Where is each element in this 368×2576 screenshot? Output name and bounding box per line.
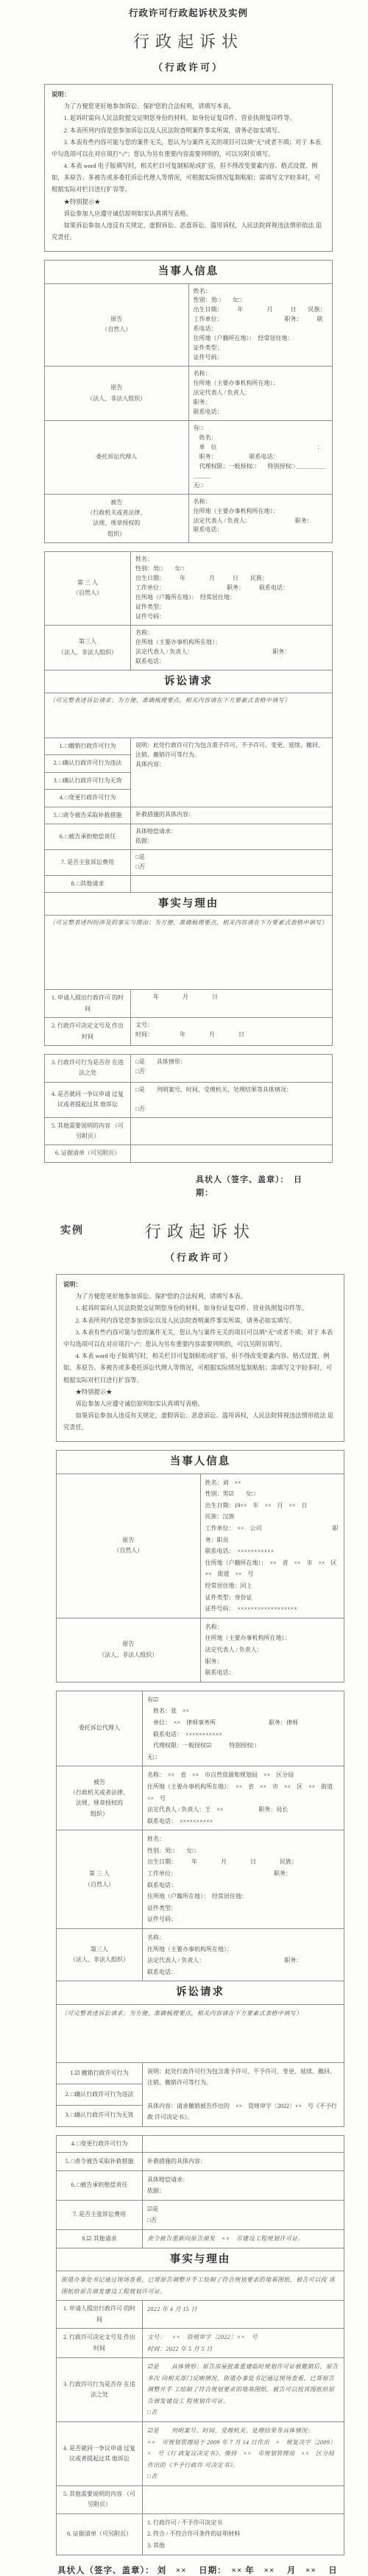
row-label-agent: 委托诉讼代理人 — [57, 1691, 143, 1766]
instructions-box: 说明： 为了方便您更好地参加诉讼、保护您的合法权利，请填写本表。 1. 起诉时需… — [56, 1274, 344, 1442]
claim-item-7: 7. 是否主张诉讼费用 — [57, 2200, 143, 2229]
instruction-line: 为了方便您更好地参加诉讼、保护您的合法权利，请填写本表。 — [52, 101, 325, 113]
table-row: 委托诉讼代理人 有☑ 姓名：张 ×× 单位： ×× 律师事务所 职务：律师 联系… — [57, 1691, 344, 1766]
instruction-line: 2. 本表所列内容是您参加诉讼以及人民法院查明案件事实所需，请务必如实填写。 — [52, 125, 325, 137]
instruction-line: 诉讼参加人应遵守诚信原则如实认真填写表格。 — [52, 208, 325, 220]
fact-detail-6: 1. 行政许可 / 不予许可决定书 2. 符合 / 不符合许可条件的证明材料 3… — [143, 2513, 344, 2555]
claim-item-5: 5. □责令被告采取补救措施 — [57, 2153, 143, 2171]
instruction-line: 4. 本表 word 电子版填写时，相关栏目可复制粘贴或扩容，但不得改变要素内容… — [63, 1351, 337, 1387]
fact-detail-5 — [143, 2486, 344, 2514]
instruction-line: 1. 起诉时需向人民法院提交证明您身份的材料，如身份证复印件、营业执照复印件等。 — [52, 113, 325, 124]
table-row: 第 三 人 （自然人） 姓名： 性别：男□ 女□ 出生日期： 年 月 日 民族：… — [45, 552, 333, 626]
fact-detail-5 — [131, 1117, 333, 1145]
instructions-box: 说明： 为了方便您更好地参加诉讼、保护您的合法权利，请填写本表。 1. 起诉时需… — [44, 84, 333, 252]
table-row: 6. □被告承担赔偿责任 具体赔偿请求： 依据： — [57, 2170, 344, 2200]
special-notice-heading: ★特别提示★ — [52, 197, 325, 208]
table-row: 原告 （自然人） 姓名：刘 ×× 性别：男☑ 女□ 出生日期：19×× 年 ××… — [57, 1473, 344, 1618]
doc1-title-row: 行政起诉状 — [44, 29, 333, 52]
claim-item-6: 6. □被告承担赔偿责任 — [45, 824, 131, 849]
fact-label-1: 1. 申请人提出行政许可 的时间 — [45, 990, 131, 1018]
claim-item-8: 8. □其他请求 — [45, 875, 131, 892]
row-label-defendant: 被告 （行政机关或者法律、 法规、规章授权的 组织） — [57, 1766, 143, 1830]
table-row: 2. 行政许可决定文号及 作出时间 文号： ×× 资规审字〔2022〕×× 号 … — [57, 2328, 344, 2357]
claim-detail-4 — [143, 2135, 344, 2152]
claims-header: 诉讼请求 — [45, 670, 333, 693]
fact-detail-1: 年 月 日 — [131, 990, 333, 1018]
claim-item-4: 4. □变更行政许可行为 — [45, 790, 131, 807]
instruction-line: 2. 本表所列内容是您参加诉讼以及人民法院查明案件事实所需，请务必如实填写。 — [63, 1315, 337, 1327]
party-table-part1: 当事人信息 原告 （自然人） 姓名：刘 ×× 性别：男☑ 女□ 出生日期：19×… — [56, 1450, 344, 1682]
facts-table-part2: 3. 行政许可行为是否存 在违法之处 □是 具体情形： □否 4. 是否就同一争… — [44, 1054, 333, 1163]
fact-label-5: 5. 其他需要说明的内容 （可另附页） — [45, 1117, 131, 1145]
fact-label-3: 3. 行政许可行为是否存 在违法之处 — [45, 1054, 131, 1082]
table-row: 4. □变更行政许可行为 — [57, 2135, 344, 2152]
table-row: 被告 （行政机关或者法律、 法规、规章授权的 组织） 名称： 住所地（主要办事机… — [45, 494, 333, 543]
table-row: 4. 是否就同一争议申请 过复议或者提起过其 他诉讼 ☑是 列明案号、时间、受理… — [57, 2422, 344, 2486]
instruction-line: 4. 本表 word 电子版填写时，相关栏目可复制粘贴或扩容，但不得改变要素内容… — [52, 160, 325, 197]
doc2-subtitle: （行政许可） — [56, 1250, 344, 1264]
fact-label-6: 6. 证据清单（可另附页） — [45, 1145, 131, 1162]
row-content-plaintiff-org: 名称： 住所地（主要办事机构所在地）： 法定代表人 / 负责人： 职务： 联系电… — [188, 367, 333, 421]
fact-detail-3: □是 具体情形： □否 — [131, 1054, 333, 1082]
claims-header: 诉讼请求 — [57, 1981, 344, 2004]
row-label-plaintiff-org: 原告 （法人、非法人组织） — [57, 1618, 201, 1682]
row-content-agent: 有☑ 姓名：张 ×× 单位： ×× 律师事务所 职务：律师 联系电话： ××××… — [143, 1691, 344, 1766]
instruction-line: 为了方便您更好地参加诉讼、保护您的合法权利，请填写本表。 — [63, 1291, 337, 1303]
claim-item-1: 1. □撤销行政许可行为 — [45, 737, 131, 754]
party-info-header: 当事人信息 — [57, 1451, 344, 1473]
fact-label-6: 6. 证据清单（可另附页） — [57, 2513, 143, 2555]
claims-table-part2: 4. □变更行政许可行为 5. □责令被告采取补救措施 补救措施的具体内容： 6… — [56, 2135, 344, 2555]
table-row: 1. 申请人提出行政许可 的时间 2022 年 4 月 15 日 — [57, 2301, 344, 2329]
party-info-header: 当事人信息 — [45, 261, 333, 283]
table-row: 6. □被告承担赔偿责任 具体赔偿请求： 依据： — [45, 824, 333, 849]
row-content-plaintiff-org: 名称： 住所地（主要办事机构所在地）： 法定代表人 / 负责人： 职务： 联系电… — [200, 1618, 344, 1682]
table-row: 2. 行政许可决定文号及 作出时间 文号： 时间： 年 月 日 — [45, 1018, 333, 1046]
table-row: 原告 （自然人） 姓名： 性别：男□ 女□ 出生日期： 年 月 日 民族： 工作… — [45, 283, 333, 367]
facts-header: 事实与理由 — [45, 893, 333, 916]
row-label-plaintiff-person: 原告 （自然人） — [57, 1473, 201, 1618]
instruction-line: 1. 起诉时需向人民法院提交证明您身份的材料，如身份证复印件、营业执照复印件等。 — [63, 1303, 337, 1314]
template-document: 行政许可行政起诉状及实例 行政起诉状 （行政许可） 说明： 为了方便您更好地参加… — [44, 6, 333, 1200]
instructions-heading: 说明： — [52, 89, 325, 101]
claim-detail-5: 补救措施的具体内容： — [131, 807, 333, 824]
table-row: 8.☑ 其他请求 责令被告重新向原告颁发 ×× 市建设工程规划许可证。 — [57, 2230, 344, 2248]
claim-item-6: 6. □被告承担赔偿责任 — [57, 2170, 143, 2200]
signature-line: 具状人（签字、盖章）： 日期： — [196, 1173, 314, 1200]
table-row: 4. 是否就同一争议申请 过复议或者提起过其 他诉讼 □是 列明案号、时间、受理… — [45, 1082, 333, 1117]
claim-detail-8 — [131, 875, 333, 892]
fact-label-2: 2. 行政许可决定文号及 作出时间 — [57, 2328, 143, 2357]
fact-label-3: 3. 行政许可行为是否存 在违法之处 — [57, 2358, 143, 2422]
row-content-thirdparty-person: 姓名： 性别：男□ 女□ 出生日期： 年 月 日 民族： 工作单位： 职务： 联… — [131, 552, 333, 626]
doc1-subtitle: （行政许可） — [44, 60, 333, 74]
claim-item-7: 7. 是否主张诉讼费用 — [45, 849, 131, 875]
facts-paragraph: 街道办事处书记通过现场查看，已帮原告调整并手工绘制了符合规划要求的地基图纸，被告… — [57, 2271, 344, 2300]
table-row: 6. 证据清单（可另附页） — [45, 1145, 333, 1162]
claim-item-5: 5. □责令被告采取补救措施 — [45, 807, 131, 824]
table-row: 5. □责令被告采取补救措施 补救措施的具体内容： — [45, 807, 333, 824]
instruction-line: 3. 本表有些内容可能与您的案件无关，您认为与案件无关的项目可以填“无”或者不填… — [52, 137, 325, 160]
party-table-part2: 第 三 人 （自然人） 姓名： 性别：男□ 女□ 出生日期： 年 月 日 民族：… — [44, 551, 333, 1046]
fact-label-4: 4. 是否就同一争议申请 过复议或者提起过其 他诉讼 — [57, 2422, 143, 2486]
document-page: 行政许可行政起诉状及实例 行政起诉状 （行政许可） 说明： 为了方便您更好地参加… — [0, 0, 368, 2576]
claim-item-8: 8.☑ 其他请求 — [57, 2230, 143, 2248]
table-row: 5. □责令被告采取补救措施 补救措施的具体内容： — [57, 2153, 344, 2171]
fact-detail-4: □是 列明案号、时间、受理机关、处理结果等具体情况： □否 — [131, 1082, 333, 1117]
claim-detail-7: □是 □否 — [131, 849, 333, 875]
fact-detail-2: 文号： 时间： 年 月 日 — [131, 1018, 333, 1046]
doc2-title-row: 实例 行政起诉状 — [56, 1220, 344, 1242]
row-label-thirdparty-org: 第三人 （法人、非法人组织） — [45, 625, 131, 670]
row-label-defendant: 被告 （行政机关或者法律、 法规、规章授权的 组织） — [45, 494, 189, 543]
claim-detail-5: 补救措施的具体内容： — [143, 2153, 344, 2171]
facts-note: （可完整表述纠纷涉及的事实与理由；为方便、准确梳理要点，相关内容请在下方要素式表… — [45, 916, 333, 990]
claims-note: （可完整表述诉讼请求；为方便、准确梳理要点，相关内容请在下方要素式表格中填写） — [57, 2004, 344, 2062]
row-content-thirdparty-org: 名称： 住所地（主要办事机构所在地）： 法定代表人 / 负责人： 职务： 联系电… — [131, 625, 333, 670]
doc2-title: 行政起诉状 — [145, 1222, 255, 1241]
row-content-defendant: 名称： ×× 省 ×× 市自然资源和规划局 ×× 区分局 住所地（主要办事机构所… — [143, 1766, 344, 1830]
table-row: 5. 其他需要说明的内容 （可另附页） — [45, 1117, 333, 1145]
row-content-plaintiff-person: 姓名： 性别：男□ 女□ 出生日期： 年 月 日 民族： 工作单位： 职务： 联… — [188, 283, 333, 367]
facts-header: 事实与理由 — [57, 2248, 344, 2271]
fact-label-4: 4. 是否就同一争议申请 过复议或者提起过其 他诉讼 — [45, 1082, 131, 1117]
table-row: 第三人 （法人、非法人组织） 名称： 住所地（主要办事机构所在地）： 法定代表人… — [57, 1929, 344, 1981]
row-label-thirdparty-person: 第 三 人 （自然人） — [45, 552, 131, 626]
table-row: 原告 （法人、非法人组织） 名称： 住所地（主要办事机构所在地）： 法定代表人 … — [57, 1618, 344, 1682]
claim-item-4: 4. □变更行政许可行为 — [57, 2135, 143, 2152]
claim-item-3: 3. □确认行政许可行为无效 — [57, 2105, 143, 2126]
claims-note: （可完整表述诉讼请求；为方便、准确梳理要点，相关内容请在下方要素式表格中填写） — [45, 693, 333, 737]
party-table-part1: 当事人信息 原告 （自然人） 姓名： 性别：男□ 女□ 出生日期： 年 月 日 … — [44, 260, 333, 543]
party-table-part2: 委托诉讼代理人 有☑ 姓名：张 ×× 单位： ×× 律师事务所 职务：律师 联系… — [56, 1691, 344, 2127]
fact-label-1: 1. 申请人提出行政许可 的时间 — [57, 2301, 143, 2329]
instruction-line: 如果诉讼参加人违反有关规定，虚假诉讼、恶意诉讼、滥用诉权，人民法院将视违法情形依… — [52, 220, 325, 244]
row-label-plaintiff-org: 原告 （法人、非法人组织） — [45, 367, 189, 421]
claim-item-1: 1.☑ 撤销行政许可行为 — [57, 2062, 143, 2084]
example-document: 实例 行政起诉状 （行政许可） 说明： 为了方便您更好地参加诉讼、保护您的合法权… — [56, 1220, 344, 2575]
table-row: 被告 （行政机关或者法律、 法规、规章授权的 组织） 名称： ×× 省 ×× 市… — [57, 1766, 344, 1830]
claims-shared-detail: 说明：此处行政许可行为包含准予许可、不予许可、变更、延续、撤回、注销、撤销许可等… — [131, 737, 333, 807]
instruction-line: 3. 本表有些内容可能与您的案件无关，您认为与案件无关的项目可以填“无”或者不填… — [63, 1327, 337, 1351]
claim-detail-6: 具体赔偿请求： 依据： — [143, 2170, 344, 2200]
row-label-thirdparty-org: 第三人 （法人、非法人组织） — [57, 1929, 143, 1981]
row-content-agent: 有□ 姓名： 单 位 ： 职务： 联系电话： 代理权限：一般授权□ 特别授权□ … — [188, 420, 333, 494]
claim-item-2: 2. □确认行政许可行为违法 — [45, 755, 131, 772]
table-row: 7. 是否主张诉讼费用 □是 □否 — [45, 849, 333, 875]
table-row: 第三人 （法人、非法人组织） 名称： 住所地（主要办事机构所在地）： 法定代表人… — [45, 625, 333, 670]
table-row: 3. 行政许可行为是否存 在违法之处 □是 具体情形： □否 — [45, 1054, 333, 1082]
fact-label-2: 2. 行政许可决定文号及 作出时间 — [45, 1018, 131, 1046]
row-content-thirdparty-org: 名称： 住所地（主要办事机构所在地）： 法定代表人 / 负责人： 职务： 联系电… — [143, 1929, 344, 1981]
fact-detail-1: 2022 年 4 月 15 日 — [143, 2301, 344, 2329]
row-content-plaintiff-person: 姓名：刘 ×× 性别：男☑ 女□ 出生日期：19×× 年 ×× 月 ×× 日 民… — [200, 1473, 344, 1618]
claim-detail-7: ☑是 □否 — [143, 2200, 344, 2229]
table-row: 1. □撤销行政许可行为 说明：此处行政许可行为包含准予许可、不予许可、变更、延… — [45, 737, 333, 754]
fact-detail-3: ☑是 具体情形：原告房屋批准重建临时规划许可证被撤销后，原告多次 向相关部门反映… — [143, 2358, 344, 2422]
row-content-defendant: 名称： 住所地（主要办事机构所在地）： 法定代表人 / 负责人： 职务： 联系电… — [188, 494, 333, 543]
fact-detail-6 — [131, 1145, 333, 1162]
table-row: 原告 （法人、非法人组织） 名称： 住所地（主要办事机构所在地）： 法定代表人 … — [45, 367, 333, 421]
fact-label-5: 5. 其他需要说明的内容 （可另附页） — [57, 2486, 143, 2514]
page-title: 行政许可行政起诉状及实例 — [44, 6, 333, 19]
table-row: 1. 申请人提出行政许可 的时间 年 月 日 — [45, 990, 333, 1018]
table-row: 7. 是否主张诉讼费用 ☑是 □否 — [57, 2200, 344, 2229]
table-row: 6. 证据清单（可另附页） 1. 行政许可 / 不予许可决定书 2. 符合 / … — [57, 2513, 344, 2555]
claim-detail-6: 具体赔偿请求： 依据： — [131, 824, 333, 849]
row-content-thirdparty-person: 姓名： 性别：男□ 女□ 出生日期： 年 月 日 民族： 工作单位： 职务： 联… — [143, 1830, 344, 1929]
table-row: 委托诉讼代理人 有□ 姓名： 单 位 ： 职务： 联系电话： 代理权限：一般授权… — [45, 420, 333, 494]
doc1-title: 行政起诉状 — [133, 32, 244, 51]
example-label: 实例 — [60, 1222, 84, 1237]
row-label-agent: 委托诉讼代理人 — [45, 420, 189, 494]
claim-item-3: 3. □确认行政许可行为无效 — [45, 772, 131, 789]
fact-detail-4: ☑是 列明案号、时间、受理机关、处理结果等具体情况： ×× 市规划管理局于 20… — [143, 2422, 344, 2486]
row-label-plaintiff-person: 原告 （自然人） — [45, 283, 189, 367]
table-row: 第 三 人 （自然人） 姓名： 性别：男□ 女□ 出生日期： 年 月 日 民族：… — [57, 1830, 344, 1929]
fact-detail-2: 文号： ×× 资规审字〔2022〕×× 号 时间：2022 年 5 月 5 日 — [143, 2328, 344, 2357]
claims-shared-detail: 说明：此处行政许可行为包含准予许可、不予许可、变更、延续、撤回、注销、撤销许可等… — [143, 2062, 344, 2126]
table-row: 8. □其他请求 — [45, 875, 333, 892]
claim-detail-8: 责令被告重新向原告颁发 ×× 市建设工程规划许可证。 — [143, 2230, 344, 2248]
instruction-line: 诉讼参加人应遵守诚信原则如实认真填写表格。 — [63, 1398, 337, 1410]
claim-item-2: 2. □确认行政许可行为违法 — [57, 2084, 143, 2105]
table-row: 5. 其他需要说明的内容 （可另附页） — [57, 2486, 344, 2514]
table-row: 1.☑ 撤销行政许可行为 说明：此处行政许可行为包含准予许可、不予许可、变更、延… — [57, 2062, 344, 2084]
instruction-line: 如果诉讼参加人违反有关规定，虚假诉讼、恶意诉讼、滥用诉权，人民法院将视违法情形依… — [63, 1410, 337, 1434]
special-notice-heading: ★特别提示★ — [63, 1387, 337, 1398]
instructions-heading: 说明： — [63, 1279, 337, 1291]
row-label-thirdparty-person: 第 三 人 （自然人） — [57, 1830, 143, 1929]
signature-line: 具状人（签字、盖章）： 刘 ×× 日期： ×× 年 ×× 月 ×× 日 — [57, 2564, 344, 2576]
table-row: 3. 行政许可行为是否存 在违法之处 ☑是 具体情形：原告房屋批准重建临时规划许… — [57, 2358, 344, 2422]
